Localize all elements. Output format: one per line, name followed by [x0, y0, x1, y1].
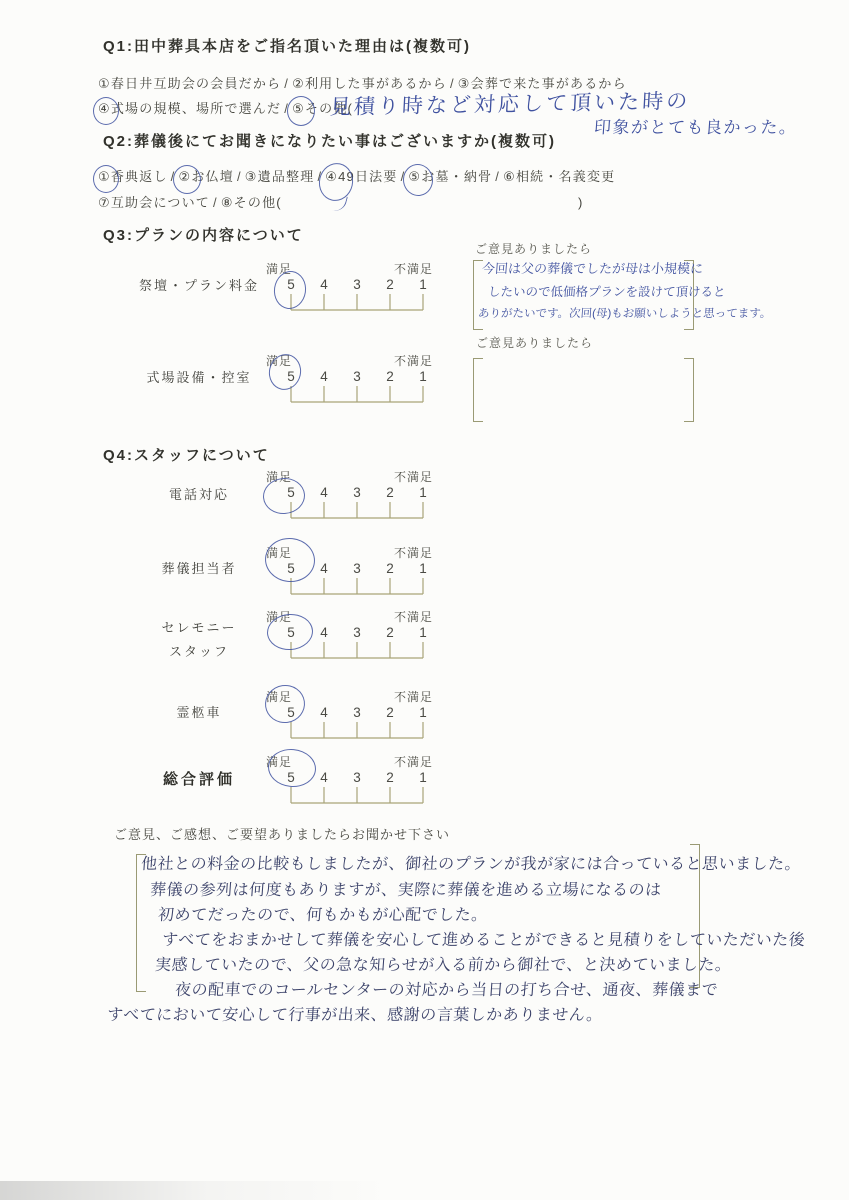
scale-number-4: 4 — [316, 705, 332, 720]
q2-options-line1: ①香典返し / ②お仏壇 / ③遺品整理 / ④49日法要 / ⑤お墓・納骨 /… — [98, 169, 615, 185]
scale-number-2: 2 — [382, 277, 398, 292]
q2-option-3: ③遺品整理 — [245, 169, 315, 185]
rating-label-hearse: 霊柩車 — [123, 705, 275, 721]
scale-number-4: 4 — [316, 485, 332, 500]
scale-number-3: 3 — [349, 770, 365, 785]
comment-prompt-label: ご意見ありましたら — [476, 336, 593, 351]
rating-scale-ceremony-staff: 満足 不満足 54321 — [283, 608, 433, 664]
option-number: ⑥ — [503, 169, 516, 184]
dissatisfied-label: 不満足 — [394, 468, 433, 485]
rating-label-ceremony-staff-line1: セレモニー — [123, 620, 275, 636]
option-separator: / — [447, 76, 458, 92]
selection-circle — [93, 97, 119, 125]
scale-number-3: 3 — [349, 485, 365, 500]
q1-options-line1: ①春日井互助会の会員だから / ②利用した事があるから / ③会葬で来た事がある… — [98, 76, 627, 92]
scale-number-1: 1 — [415, 770, 431, 785]
dissatisfied-label: 不満足 — [394, 608, 433, 625]
option-text: 春日井互助会の会員だから — [111, 76, 281, 91]
q2-option-7: ⑦互助会について — [98, 195, 210, 211]
q2-close-paren: ) — [578, 195, 584, 211]
rating-scale-facility: 満足 不満足 54321 — [283, 352, 433, 408]
q2-option-5: ⑤お墓・納骨 — [408, 169, 492, 185]
scale-number-2: 2 — [382, 705, 398, 720]
q2-option-2: ②お仏壇 — [178, 169, 233, 185]
option-text: 遺品整理 — [258, 169, 315, 184]
scale-number-4: 4 — [316, 561, 332, 576]
scale-number-3: 3 — [349, 277, 365, 292]
rating-label-director: 葬儀担当者 — [123, 561, 275, 577]
scale-number-4: 4 — [316, 369, 332, 384]
scale-number-1: 1 — [415, 625, 431, 640]
selection-circle — [93, 165, 119, 193]
rating-scale-director: 満足 不満足 54321 — [283, 544, 433, 600]
q2-title: Q2:葬儀後にてお聞きになりたい事はございますか(複数可) — [103, 133, 556, 152]
dissatisfied-label: 不満足 — [394, 352, 433, 369]
scale-number-3: 3 — [349, 561, 365, 576]
rating-scale-plan-price: 満足 不満足 54321 — [283, 260, 433, 316]
q2-option-4: ④49日法要 — [325, 169, 397, 185]
q3-comment-line3: ありがたいです。次回(母)もお願いしようと思ってます。 — [477, 307, 771, 321]
scale-number-1: 1 — [415, 277, 431, 292]
free-comment-line2: 葬儀の参列は何度もありますが、実際に葬儀を進める立場になるのは — [149, 881, 662, 900]
option-number: ③ — [458, 76, 471, 91]
dissatisfied-label: 不満足 — [394, 544, 433, 561]
q1-option-2: ②利用した事があるから — [292, 76, 447, 92]
selection-circle — [401, 162, 435, 198]
option-text: 会葬で来た事があるから — [471, 76, 627, 91]
free-comment-line6: 夜の配車でのコールセンターの対応から当日の打ち合せ、通夜、葬儀まで — [174, 981, 718, 1000]
rating-scale-phone: 満足 不満足 54321 — [283, 468, 433, 524]
scale-ticks — [290, 578, 426, 596]
survey-form-scan: Q1:田中葬具本店をご指名頂いた理由は(複数可) ①春日井互助会の会員だから /… — [0, 0, 849, 1200]
free-comment-line4: すべてをおまかせして葬儀を安心して進めることができると見積りをしていただいた後 — [161, 931, 806, 950]
rating-label-ceremony-staff-line2: スタッフ — [123, 644, 275, 660]
rating-label-phone: 電話対応 — [123, 487, 275, 503]
scale-number-1: 1 — [415, 369, 431, 384]
comment-prompt-label: ご意見ありましたら — [475, 242, 592, 257]
option-separator: / — [281, 76, 292, 92]
scale-number-4: 4 — [316, 277, 332, 292]
scale-number-1: 1 — [415, 561, 431, 576]
option-text: 相続・名義変更 — [516, 169, 615, 184]
comment-bracket-left — [473, 358, 483, 422]
scale-numbers: 54321 — [283, 369, 431, 384]
free-comment-line7: すべてにおいて安心して行事が出来、感謝の言葉しかありません。 — [106, 1006, 603, 1025]
q3-title: Q3:プランの内容について — [103, 227, 304, 246]
option-number: ② — [292, 76, 305, 91]
free-comment-label: ご意見、ご感想、ご要望ありましたらお聞かせ下さい — [114, 827, 450, 843]
q3-comment-line2: したいので低価格プランを設けて頂けると — [487, 285, 726, 301]
q1-handwritten-note-line2: 印象がとても良かった。 — [593, 117, 798, 138]
q4-title: Q4:スタッフについて — [103, 447, 270, 466]
scale-number-2: 2 — [382, 485, 398, 500]
q2-option-8: ⑧その他( — [221, 195, 282, 211]
option-text: 香典返し — [111, 169, 168, 184]
rating-label-plan-price: 祭壇・プラン料金 — [123, 278, 275, 294]
dissatisfied-label: 不満足 — [394, 753, 433, 770]
scale-number-2: 2 — [382, 625, 398, 640]
rating-scale-hearse: 満足 不満足 54321 — [283, 688, 433, 744]
option-text: その他( — [234, 195, 282, 210]
free-comment-line5: 実感していたので、父の急な知らせが入る前から御社で、と決めていました。 — [154, 956, 732, 975]
scale-number-2: 2 — [382, 369, 398, 384]
scale-number-4: 4 — [316, 625, 332, 640]
scale-number-2: 2 — [382, 561, 398, 576]
q2-option-6: ⑥相続・名義変更 — [503, 169, 615, 185]
scale-number-3: 3 — [349, 625, 365, 640]
scale-number-2: 2 — [382, 770, 398, 785]
scale-ticks — [290, 502, 426, 520]
scan-edge-shadow — [0, 1181, 520, 1200]
scale-numbers: 54321 — [283, 485, 431, 500]
option-separator: / — [234, 169, 245, 185]
option-separator: / — [492, 169, 503, 185]
dissatisfied-label: 不満足 — [394, 260, 433, 277]
option-separator: / — [210, 195, 221, 211]
comment-bracket-right — [684, 358, 694, 422]
scale-number-4: 4 — [316, 770, 332, 785]
q1-options-line2: ④式場の規模、場所で選んだ / ⑤その他( — [98, 101, 353, 117]
free-comment-line3: 初めてだったので、何もかもが心配でした。 — [157, 906, 488, 925]
rating-label-facility: 式場設備・控室 — [123, 370, 275, 386]
rating-scale-overall: 満足 不満足 54321 — [283, 753, 433, 809]
q1-title: Q1:田中葬具本店をご指名頂いた理由は(複数可) — [103, 38, 471, 57]
free-comment-bracket-left — [136, 854, 146, 992]
option-number: ⑦ — [98, 195, 111, 210]
option-number: ③ — [245, 169, 258, 184]
scale-ticks — [290, 642, 426, 660]
scale-ticks — [290, 787, 426, 805]
rating-label-overall: 総合評価 — [123, 771, 275, 790]
scale-ticks — [290, 386, 426, 404]
scale-number-3: 3 — [349, 369, 365, 384]
scale-number-1: 1 — [415, 705, 431, 720]
scale-number-3: 3 — [349, 705, 365, 720]
option-number: ① — [98, 76, 111, 91]
q2-option-1: ①香典返し — [98, 169, 168, 185]
option-number: ⑧ — [221, 195, 234, 210]
scale-numbers: 54321 — [283, 705, 431, 720]
q2-options-line2: ⑦互助会について / ⑧その他( — [98, 195, 282, 211]
scale-number-1: 1 — [415, 485, 431, 500]
option-text: 式場の規模、場所で選んだ — [111, 101, 281, 116]
selection-circle — [173, 165, 201, 194]
option-text: 互助会について — [111, 195, 210, 210]
selection-circle — [287, 96, 315, 126]
free-comment-line1: 他社との料金の比較もしましたが、御社のプランが我が家には合っていると思いました。 — [140, 855, 801, 874]
option-text: 利用した事があるから — [305, 76, 447, 91]
scale-ticks — [290, 294, 426, 312]
q1-option-1: ①春日井互助会の会員だから — [98, 76, 281, 92]
q1-option-4: ④式場の規模、場所で選んだ — [98, 101, 281, 117]
dissatisfied-label: 不満足 — [394, 688, 433, 705]
selection-circle-tail — [331, 194, 348, 214]
q3-comment-line1: 今回は父の葬儀でしたが母は小規模に — [481, 261, 703, 277]
scale-ticks — [290, 722, 426, 740]
